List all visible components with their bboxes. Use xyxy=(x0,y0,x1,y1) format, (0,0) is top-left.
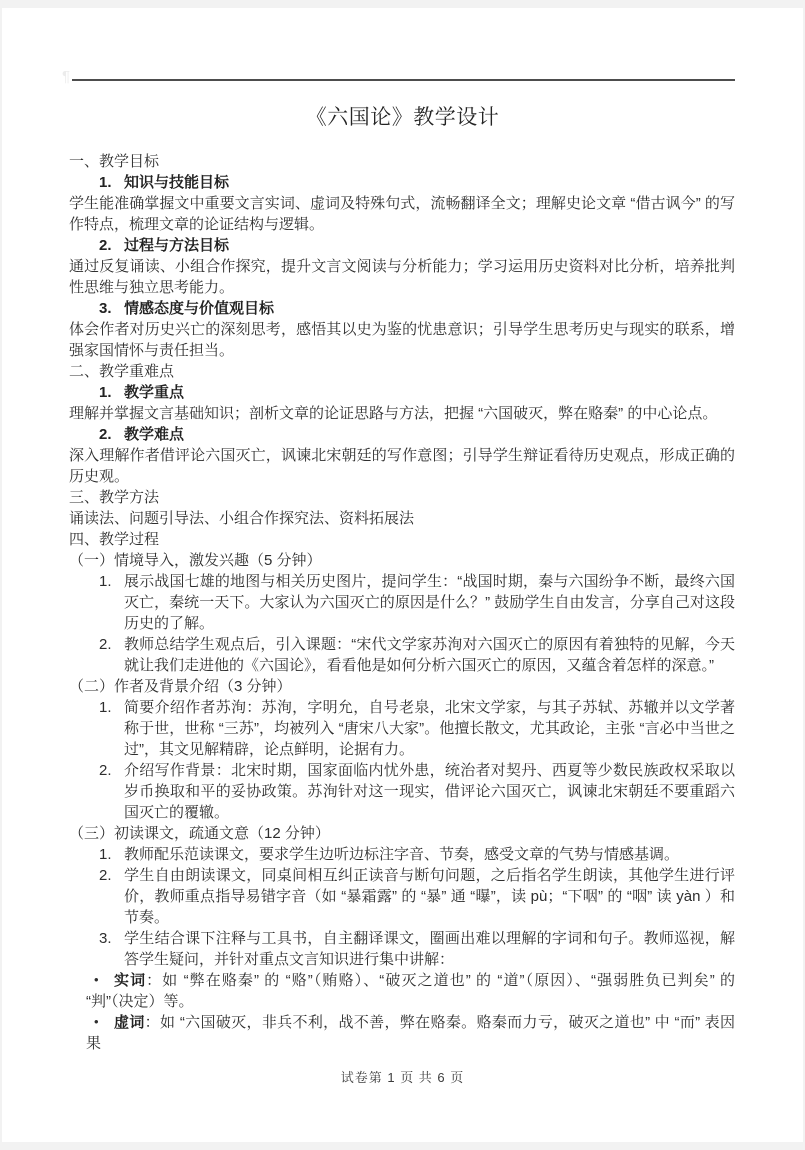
numbered-subheading: 2.过程与方法目标 xyxy=(99,235,735,256)
numbered-list-item: 1.展示战国七雄的地图与相关历史图片，提问学生：“战国时期，秦与六国纷争不断，最… xyxy=(69,571,735,634)
numbered-subheading: 1.知识与技能目标 xyxy=(99,172,735,193)
list-number: 2. xyxy=(99,424,124,445)
body-paragraph: 理解并掌握文言基础知识；剖析文章的论证思路与方法，把握 “六国破灭，弊在赂秦” … xyxy=(69,403,735,424)
numbered-list-item: 2.学生自由朗读课文，同桌间相互纠正读音与断句问题，之后指名学生朗读，其他学生进… xyxy=(69,865,735,928)
numbered-list-item: 1.教师配乐范读课文，要求学生边听边标注字音、节奏，感受文章的气势与情感基调。 xyxy=(69,844,735,865)
list-number: 2. xyxy=(99,634,124,655)
page-title: 《六国论》教学设计 xyxy=(2,103,803,133)
numbered-subheading: 3.情感态度与价值观目标 xyxy=(99,298,735,319)
numbered-list-item: 2.教师总结学生观点后，引入课题：“宋代文学家苏洵对六国灭亡的原因有着独特的见解… xyxy=(69,634,735,676)
section-heading: 二、教学重难点 xyxy=(69,361,735,382)
section-heading: 三、教学方法 xyxy=(69,487,735,508)
numbered-list-item: 1.简要介绍作者苏洵：苏洵，字明允，自号老泉，北宋文学家，与其子苏轼、苏辙并以文… xyxy=(69,697,735,760)
list-number: 1. xyxy=(99,844,124,865)
body-paragraph: 通过反复诵读、小组合作探究，提升文言文阅读与分析能力；学习运用历史资料对比分析，… xyxy=(69,256,735,298)
document-page: ¶ 《六国论》教学设计 一、教学目标1.知识与技能目标学生能准确掌握文中重要文言… xyxy=(2,8,803,1142)
page-footer: 试卷第 1 页 共 6 页 xyxy=(2,1067,803,1086)
list-number: 2. xyxy=(99,235,124,256)
paragraph-mark-ghost: ¶ xyxy=(62,68,70,85)
body-paragraph: 体会作者对历史兴亡的深刻思考，感悟其以史为鉴的忧患意识；引导学生思考历史与现实的… xyxy=(69,319,735,361)
bullet-list-item: •实词：如 “弊在赂秦” 的 “赂”（贿赂）、“破灭之道也” 的 “道”（原因）… xyxy=(69,970,735,1012)
list-number: 1. xyxy=(99,172,124,193)
bullet-icon: • xyxy=(94,1011,99,1032)
list-number: 2. xyxy=(99,865,124,886)
bullet-term: 虚词 xyxy=(114,1014,145,1031)
body-paragraph: 学生能准确掌握文中重要文言实词、虚词及特殊句式，流畅翻译全文；理解史论文章 “借… xyxy=(69,193,735,235)
numbered-list-item: 2.介绍写作背景：北宋时期，国家面临内忧外患，统治者对契丹、西夏等少数民族政权采… xyxy=(69,760,735,823)
section-heading: （一）情境导入，激发兴趣（5 分钟） xyxy=(69,550,735,571)
bullet-icon: • xyxy=(94,969,99,990)
header-divider-line xyxy=(72,79,735,81)
section-heading: 一、教学目标 xyxy=(69,151,735,172)
numbered-list-item: 3.学生结合课下注释与工具书，自主翻译课文，圈画出难以理解的字词和句子。教师巡视… xyxy=(69,928,735,970)
bullet-list-item: •虚词：如 “六国破灭，非兵不利，战不善，弊在赂秦。赂秦而力亏，破灭之道也” 中… xyxy=(69,1012,735,1054)
list-number: 2. xyxy=(99,760,124,781)
document-body: 一、教学目标1.知识与技能目标学生能准确掌握文中重要文言实词、虚词及特殊句式，流… xyxy=(69,151,735,1054)
body-paragraph: 深入理解作者借评论六国灭亡，讽谏北宋朝廷的写作意图；引导学生辩证看待历史观点，形… xyxy=(69,445,735,487)
list-number: 1. xyxy=(99,697,124,718)
list-number: 1. xyxy=(99,382,124,403)
list-number: 3. xyxy=(99,928,124,949)
numbered-subheading: 2.教学难点 xyxy=(99,424,735,445)
list-number: 3. xyxy=(99,298,124,319)
bullet-term: 实词 xyxy=(114,972,146,989)
numbered-subheading: 1.教学重点 xyxy=(99,382,735,403)
section-heading: （二）作者及背景介绍（3 分钟） xyxy=(69,676,735,697)
body-paragraph: 诵读法、问题引导法、小组合作探究法、资料拓展法 xyxy=(69,508,735,529)
section-heading: （三）初读课文，疏通文意（12 分钟） xyxy=(69,823,735,844)
list-number: 1. xyxy=(99,571,124,592)
section-heading: 四、教学过程 xyxy=(69,529,735,550)
